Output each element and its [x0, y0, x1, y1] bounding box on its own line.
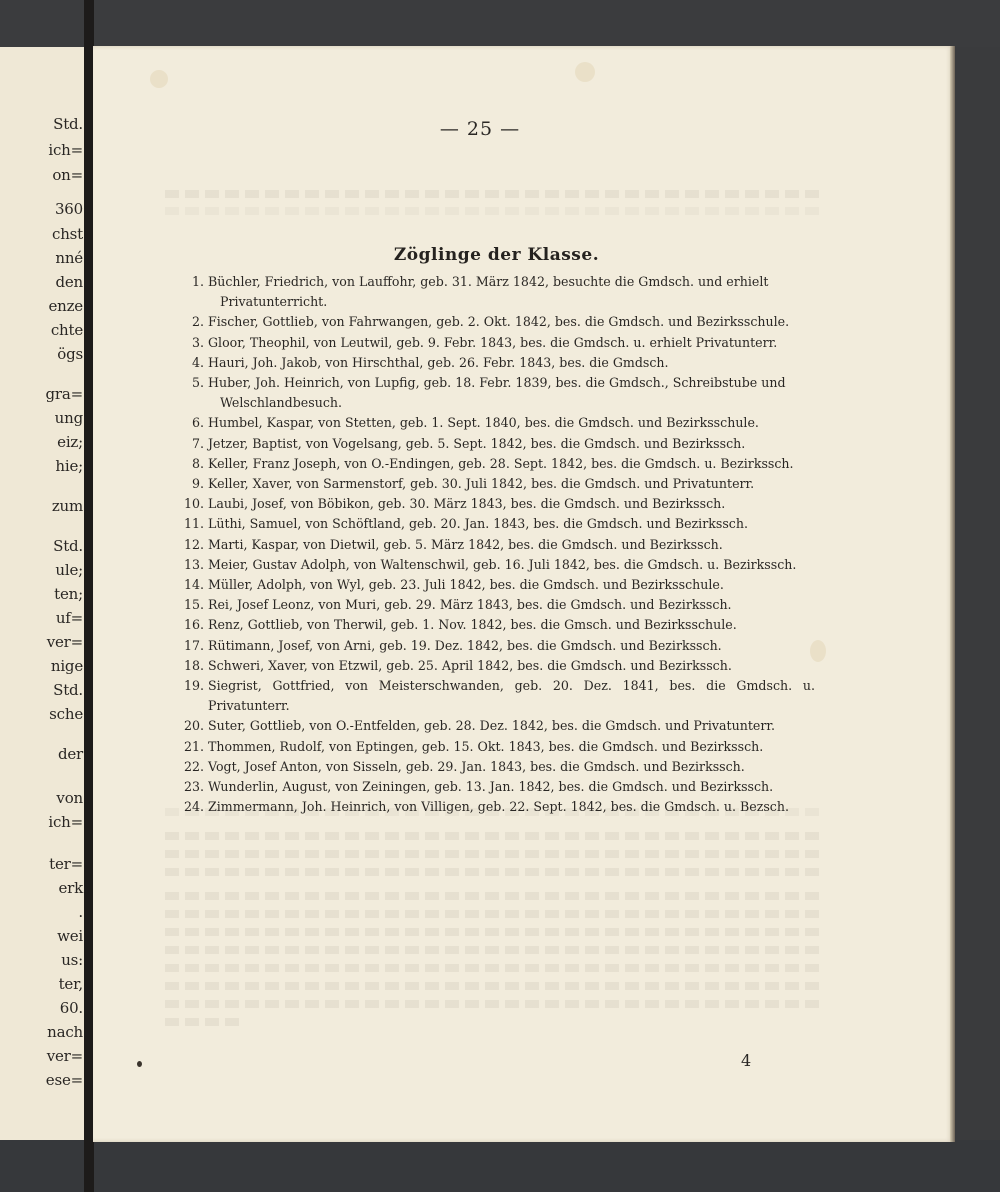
entry-main-line: Lüthi, Samuel, von Schöftland, geb. 20. … — [208, 516, 748, 531]
student-entry: 22.Vogt, Josef Anton, von Sisseln, geb. … — [180, 757, 815, 777]
entry-main-line: Büchler, Friedrich, von Lauffohr, geb. 3… — [208, 274, 768, 289]
show-through-text — [165, 868, 820, 876]
entry-number: 17. — [180, 636, 204, 656]
left-page-text-fragment: chst — [52, 225, 83, 243]
left-page-text-fragment: enze — [48, 297, 83, 315]
left-page-text-fragment: ver= — [47, 1047, 83, 1065]
show-through-text — [165, 850, 820, 858]
student-entry: 6.Humbel, Kaspar, von Stetten, geb. 1. S… — [180, 413, 815, 433]
entry-text: Hauri, Joh. Jakob, von Hirschthal, geb. … — [208, 355, 669, 370]
show-through-text — [165, 910, 820, 918]
student-entry: 24.Zimmermann, Joh. Heinrich, von Villig… — [180, 797, 815, 817]
entry-text: Jetzer, Baptist, von Vogelsang, geb. 5. … — [208, 436, 745, 451]
entry-number: 20. — [180, 716, 204, 736]
entry-main-line: Humbel, Kaspar, von Stetten, geb. 1. Sep… — [208, 415, 759, 430]
entry-number: 10. — [180, 494, 204, 514]
entry-text: Rütimann, Josef, von Arni, geb. 19. Dez.… — [208, 638, 722, 653]
left-page-text-fragment: us: — [61, 951, 83, 969]
student-entry: 9.Keller, Xaver, von Sarmenstorf, geb. 3… — [180, 474, 815, 494]
student-entry: 16.Renz, Gottlieb, von Therwil, geb. 1. … — [180, 615, 815, 635]
student-list: 1.Büchler, Friedrich, von Lauffohr, geb.… — [180, 272, 815, 817]
entry-number: 15. — [180, 595, 204, 615]
left-page-text-fragment: uf= — [56, 609, 83, 627]
entry-continuation-line: Welschlandbesuch. — [208, 393, 815, 413]
left-page-text-fragment: chte — [51, 321, 83, 339]
show-through-text — [165, 964, 820, 972]
student-entry: 17.Rütimann, Josef, von Arni, geb. 19. D… — [180, 636, 815, 656]
student-entry: 19.Siegrist, Gottfried, von Meisterschwa… — [180, 676, 815, 716]
entry-number: 19. — [180, 676, 204, 696]
entry-text: Müller, Adolph, von Wyl, geb. 23. Juli 1… — [208, 577, 724, 592]
show-through-text — [165, 928, 820, 936]
left-page-text-fragment: eiz; — [57, 433, 83, 451]
left-page-text-fragment: ögs — [57, 345, 83, 363]
student-entry: 7.Jetzer, Baptist, von Vogelsang, geb. 5… — [180, 434, 815, 454]
entry-main-line: Meier, Gustav Adolph, von Waltenschwil, … — [208, 557, 796, 572]
left-page-text-fragment: nige — [51, 657, 83, 675]
left-page-text-fragment: 60. — [60, 999, 83, 1017]
left-page-text-fragment: gra= — [46, 385, 83, 403]
entry-text: Thommen, Rudolf, von Eptingen, geb. 15. … — [208, 739, 763, 754]
left-page-text-fragment: sche — [49, 705, 83, 723]
entry-main-line: Fischer, Gottlieb, von Fahrwangen, geb. … — [208, 314, 789, 329]
entry-main-line: Vogt, Josef Anton, von Sisseln, geb. 29.… — [208, 759, 745, 774]
entry-number: 11. — [180, 514, 204, 534]
student-entry: 18.Schweri, Xaver, von Etzwil, geb. 25. … — [180, 656, 815, 676]
left-page-text-fragment: 360 — [55, 200, 83, 218]
entry-main-line: Gloor, Theophil, von Leutwil, geb. 9. Fe… — [208, 335, 777, 350]
left-page-text-fragment: ver= — [47, 633, 83, 651]
entry-number: 22. — [180, 757, 204, 777]
entry-number: 24. — [180, 797, 204, 817]
entry-main-line: Schweri, Xaver, von Etzwil, geb. 25. Apr… — [208, 658, 732, 673]
left-page-text-fragment: ule; — [55, 561, 83, 579]
entry-number: 14. — [180, 575, 204, 595]
left-page-text-fragment: Std. — [53, 537, 83, 555]
left-page-text-fragment: ter, — [59, 975, 83, 993]
entry-number: 1. — [180, 272, 204, 292]
student-entry: 8.Keller, Franz Joseph, von O.-Endingen,… — [180, 454, 815, 474]
show-through-text — [165, 946, 820, 954]
student-entry: 12.Marti, Kaspar, von Dietwil, geb. 5. M… — [180, 535, 815, 555]
left-page-text-fragment: ten; — [54, 585, 83, 603]
left-page-text-fragment: ese= — [46, 1071, 83, 1089]
signature-mark: 4 — [741, 1051, 751, 1070]
left-page-text-fragment: den — [55, 273, 83, 291]
entry-text: Gloor, Theophil, von Leutwil, geb. 9. Fe… — [208, 335, 777, 350]
left-page-text-fragment: nach — [47, 1023, 83, 1041]
left-page-text-fragment: ich= — [48, 813, 83, 831]
left-page-text-fragment: Std. — [53, 681, 83, 699]
left-page-text-fragment: on= — [52, 166, 83, 184]
entry-number: 21. — [180, 737, 204, 757]
entry-number: 7. — [180, 434, 204, 454]
entry-main-line: Marti, Kaspar, von Dietwil, geb. 5. März… — [208, 537, 723, 552]
show-through-text — [165, 982, 820, 990]
entry-number: 8. — [180, 454, 204, 474]
student-entry: 20.Suter, Gottlieb, von O.-Entfelden, ge… — [180, 716, 815, 736]
section-title: Zöglinge der Klasse. — [0, 245, 993, 265]
entry-main-line: Wunderlin, August, von Zeiningen, geb. 1… — [208, 779, 773, 794]
entry-text: Huber, Joh. Heinrich, von Lupfig, geb. 1… — [208, 373, 815, 413]
scanner-backdrop-top — [0, 0, 1000, 47]
entry-continuation-line: Privatunterricht. — [208, 292, 815, 312]
entry-main-line: Rütimann, Josef, von Arni, geb. 19. Dez.… — [208, 638, 722, 653]
entry-number: 12. — [180, 535, 204, 555]
left-page-text-fragment: wei — [57, 927, 83, 945]
student-entry: 21.Thommen, Rudolf, von Eptingen, geb. 1… — [180, 737, 815, 757]
scanner-backdrop-bottom — [0, 1140, 1000, 1192]
entry-main-line: Thommen, Rudolf, von Eptingen, geb. 15. … — [208, 739, 763, 754]
page-edge-shadow — [950, 46, 955, 1142]
entry-text: Marti, Kaspar, von Dietwil, geb. 5. März… — [208, 537, 723, 552]
entry-main-line: Renz, Gottlieb, von Therwil, geb. 1. Nov… — [208, 617, 737, 632]
student-entry: 3.Gloor, Theophil, von Leutwil, geb. 9. … — [180, 333, 815, 353]
entry-number: 23. — [180, 777, 204, 797]
entry-text: Renz, Gottlieb, von Therwil, geb. 1. Nov… — [208, 617, 737, 632]
entry-main-line: Jetzer, Baptist, von Vogelsang, geb. 5. … — [208, 436, 745, 451]
show-through-text — [165, 1000, 820, 1008]
entry-main-line: Keller, Xaver, von Sarmenstorf, geb. 30.… — [208, 476, 754, 491]
show-through-rule — [165, 190, 820, 198]
entry-text: Fischer, Gottlieb, von Fahrwangen, geb. … — [208, 314, 789, 329]
student-entry: 4.Hauri, Joh. Jakob, von Hirschthal, geb… — [180, 353, 815, 373]
entry-main-line: Müller, Adolph, von Wyl, geb. 23. Juli 1… — [208, 577, 724, 592]
entry-text: Keller, Franz Joseph, von O.-Endingen, g… — [208, 456, 794, 471]
left-page-text-fragment: . — [78, 903, 83, 921]
show-through-text — [165, 1018, 245, 1026]
entry-text: Keller, Xaver, von Sarmenstorf, geb. 30.… — [208, 476, 754, 491]
student-entry: 13.Meier, Gustav Adolph, von Waltenschwi… — [180, 555, 815, 575]
paper-stain — [575, 62, 595, 82]
entry-text: Vogt, Josef Anton, von Sisseln, geb. 29.… — [208, 759, 745, 774]
entry-text: Büchler, Friedrich, von Lauffohr, geb. 3… — [208, 272, 815, 312]
left-page-text-fragment: hie; — [55, 457, 83, 475]
student-entry: 14.Müller, Adolph, von Wyl, geb. 23. Jul… — [180, 575, 815, 595]
student-entry: 15.Rei, Josef Leonz, von Muri, geb. 29. … — [180, 595, 815, 615]
entry-text: Siegrist, Gottfried, von Meisterschwande… — [208, 678, 815, 713]
entry-number: 9. — [180, 474, 204, 494]
entry-main-line: Rei, Josef Leonz, von Muri, geb. 29. Mär… — [208, 597, 732, 612]
entry-number: 2. — [180, 312, 204, 332]
entry-main-line: Hauri, Joh. Jakob, von Hirschthal, geb. … — [208, 355, 669, 370]
entry-main-line: Zimmermann, Joh. Heinrich, von Villigen,… — [208, 799, 789, 814]
entry-number: 5. — [180, 373, 204, 393]
left-page-text-fragment: ung — [55, 409, 83, 427]
entry-number: 16. — [180, 615, 204, 635]
entry-main-line: Laubi, Josef, von Böbikon, geb. 30. März… — [208, 496, 725, 511]
left-page-text-fragment: erk — [58, 879, 83, 897]
left-page: Std.ich=on=360chstnnédenenzechteögsgra=u… — [0, 47, 90, 1140]
show-through-text — [165, 832, 820, 840]
student-entry: 5.Huber, Joh. Heinrich, von Lupfig, geb.… — [180, 373, 815, 413]
student-entry: 1.Büchler, Friedrich, von Lauffohr, geb.… — [180, 272, 815, 312]
entry-text: Wunderlin, August, von Zeiningen, geb. 1… — [208, 779, 773, 794]
student-entry: 11.Lüthi, Samuel, von Schöftland, geb. 2… — [180, 514, 815, 534]
entry-number: 4. — [180, 353, 204, 373]
left-page-text-fragment: zum — [52, 497, 83, 515]
ink-dot — [137, 1061, 142, 1067]
page-number: — 25 — — [0, 118, 960, 140]
entry-number: 6. — [180, 413, 204, 433]
student-entry: 2.Fischer, Gottlieb, von Fahrwangen, geb… — [180, 312, 815, 332]
entry-main-line: Suter, Gottlieb, von O.-Entfelden, geb. … — [208, 718, 775, 733]
entry-number: 18. — [180, 656, 204, 676]
entry-main-line: Huber, Joh. Heinrich, von Lupfig, geb. 1… — [208, 375, 786, 390]
show-through-text — [165, 207, 820, 215]
entry-text: Zimmermann, Joh. Heinrich, von Villigen,… — [208, 799, 789, 814]
student-entry: 23.Wunderlin, August, von Zeiningen, geb… — [180, 777, 815, 797]
entry-text: Meier, Gustav Adolph, von Waltenschwil, … — [208, 557, 796, 572]
entry-number: 3. — [180, 333, 204, 353]
student-entry: 10.Laubi, Josef, von Böbikon, geb. 30. M… — [180, 494, 815, 514]
entry-text: Lüthi, Samuel, von Schöftland, geb. 20. … — [208, 516, 748, 531]
left-page-text-fragment: von — [56, 789, 83, 807]
entry-text: Schweri, Xaver, von Etzwil, geb. 25. Apr… — [208, 658, 732, 673]
left-page-text-fragment: der — [58, 745, 83, 763]
show-through-text — [165, 892, 820, 900]
left-page-text-fragment: ter= — [49, 855, 83, 873]
entry-number: 13. — [180, 555, 204, 575]
left-page-text-fragment: ich= — [48, 141, 83, 159]
entry-main-line: Keller, Franz Joseph, von O.-Endingen, g… — [208, 456, 794, 471]
entry-main-line: Siegrist, Gottfried, von Meisterschwande… — [208, 678, 815, 713]
entry-text: Humbel, Kaspar, von Stetten, geb. 1. Sep… — [208, 415, 759, 430]
entry-text: Rei, Josef Leonz, von Muri, geb. 29. Mär… — [208, 597, 732, 612]
entry-text: Laubi, Josef, von Böbikon, geb. 30. März… — [208, 496, 725, 511]
entry-text: Suter, Gottlieb, von O.-Entfelden, geb. … — [208, 718, 775, 733]
paper-stain — [150, 70, 168, 88]
